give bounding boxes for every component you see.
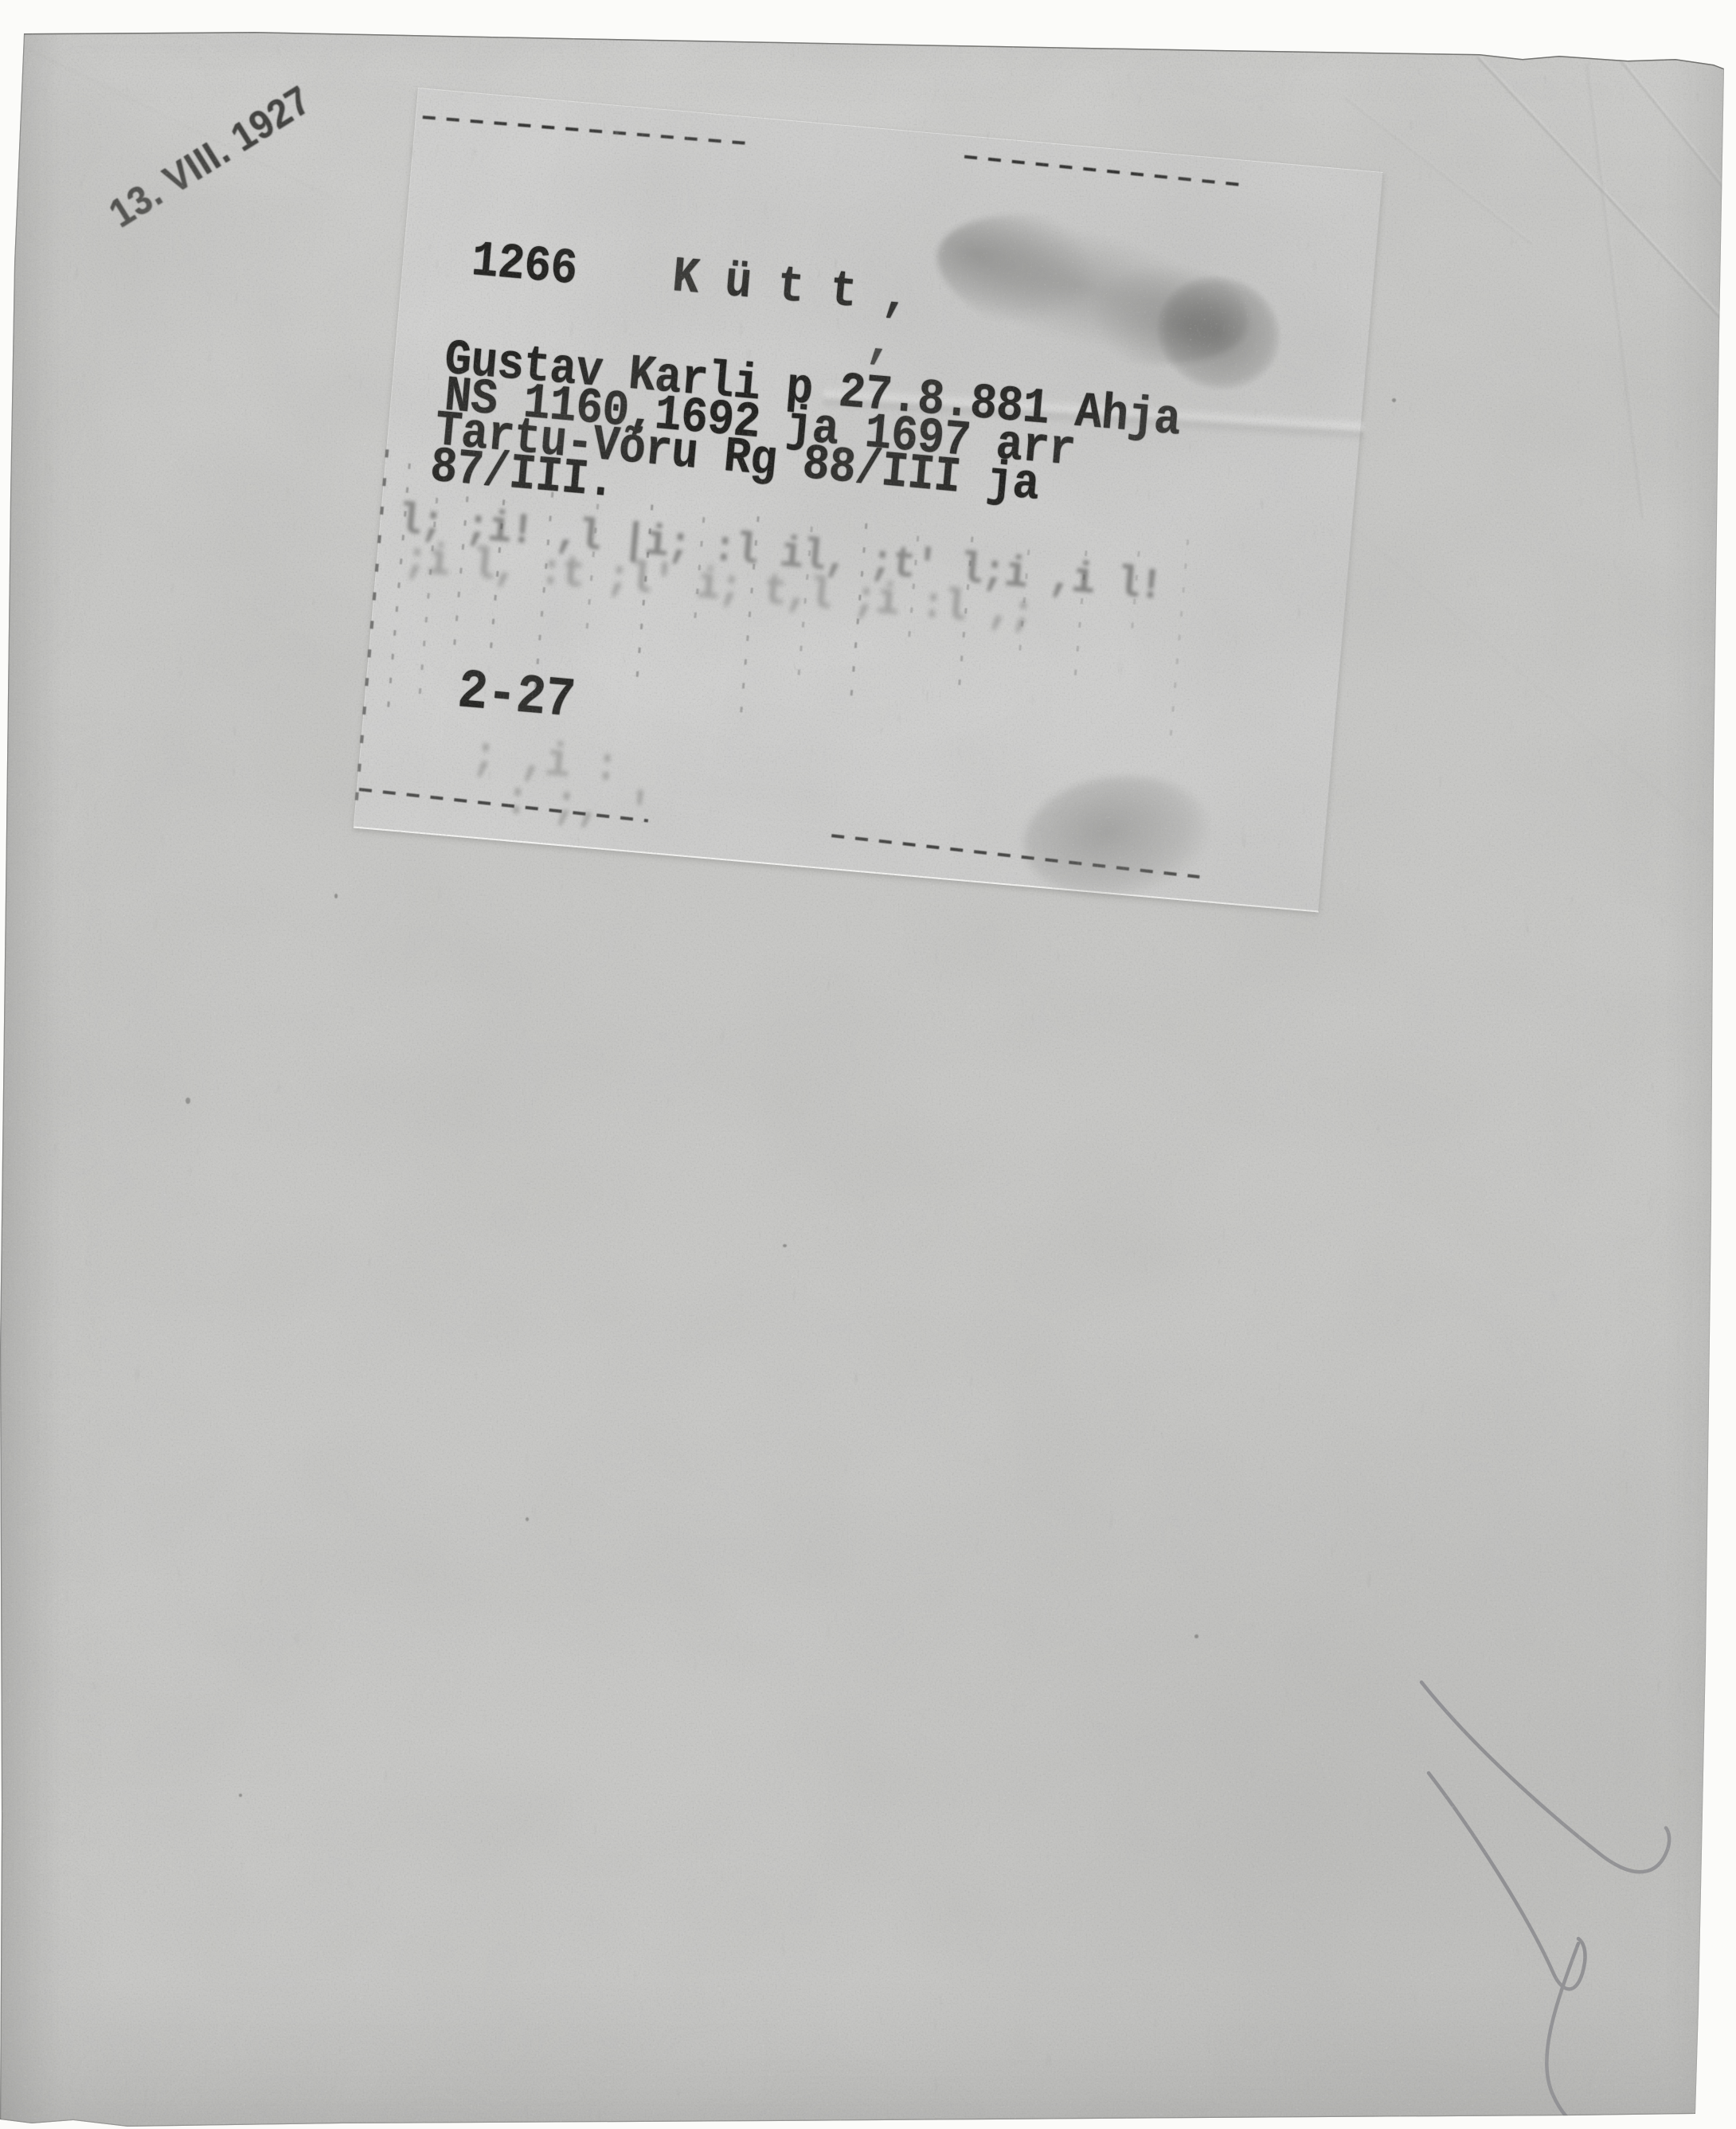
label-border-dash-top-left xyxy=(423,115,757,146)
paper-crease xyxy=(1619,57,1736,205)
card-surname: K ü t t , xyxy=(671,252,911,322)
paper-fleck xyxy=(526,1517,529,1521)
paper-sheet: 13. VIII. 1927 1266 K ü t t , , Gustav K… xyxy=(0,0,1736,2129)
paper-crease xyxy=(1586,64,1645,519)
paper-fleck xyxy=(239,1794,242,1797)
ink-drip-streak xyxy=(1169,539,1190,746)
label-border-dash-left xyxy=(354,449,389,803)
paper-crease xyxy=(1335,510,1736,910)
label-border-dash-top-right xyxy=(964,155,1244,187)
stray-comma-mark: , xyxy=(865,316,895,368)
ink-drip-streak xyxy=(386,464,411,718)
paper-crease xyxy=(1477,56,1736,340)
faint-mark-line: : ;, ' xyxy=(502,777,653,836)
paper-fleck xyxy=(1194,1634,1198,1638)
card-file-code: 2-27 xyxy=(456,663,577,729)
paper-fleck xyxy=(783,1244,787,1247)
pasted-card-label: 1266 K ü t t , , Gustav Karli p 27.8.881… xyxy=(354,88,1384,913)
card-index-number: 1266 xyxy=(470,236,579,295)
paper-fleck xyxy=(1392,398,1396,402)
paper-fleck xyxy=(334,894,338,898)
scan-background: { "page": { "background_color": "#fbfbf9… xyxy=(0,0,1736,2129)
paper-fleck xyxy=(186,1098,190,1104)
card-detail-line: 87/III. xyxy=(428,441,616,507)
